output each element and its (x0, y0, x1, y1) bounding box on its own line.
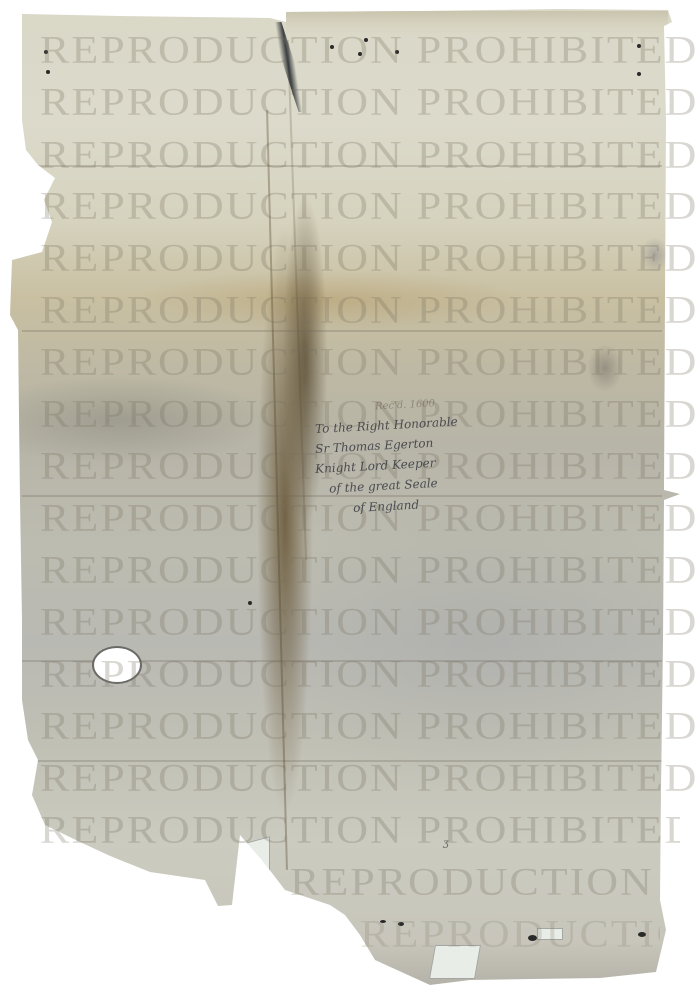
wormhole (380, 920, 386, 923)
wormhole (638, 932, 646, 937)
wormhole (637, 44, 641, 48)
wormhole (637, 72, 641, 76)
center-fold-crease (287, 40, 307, 560)
wormhole (44, 50, 48, 54)
fold-crease (22, 760, 662, 762)
torn-fragment (242, 836, 270, 882)
document-page: REPRODUCTION PROHIBITED REPRODUCTION PRO… (0, 0, 700, 991)
top-folded-strip (286, 11, 668, 35)
wormhole (398, 922, 404, 926)
fold-crease (22, 330, 662, 332)
wormhole (528, 935, 537, 941)
wormhole (46, 70, 50, 74)
wormhole (248, 601, 252, 605)
torn-fragment (429, 945, 481, 979)
marginal-ink-mark: ʒ (443, 838, 449, 849)
burn-hole (94, 648, 140, 682)
wormhole (358, 52, 362, 56)
wormhole (395, 50, 399, 54)
fold-crease (22, 165, 662, 167)
wormhole (364, 38, 368, 42)
wormhole (330, 45, 334, 49)
handwritten-address: Rec'd. 1600 To the Right Honorable Sr Th… (315, 393, 545, 513)
torn-fragment (537, 928, 563, 940)
center-fold-crease (266, 110, 288, 870)
